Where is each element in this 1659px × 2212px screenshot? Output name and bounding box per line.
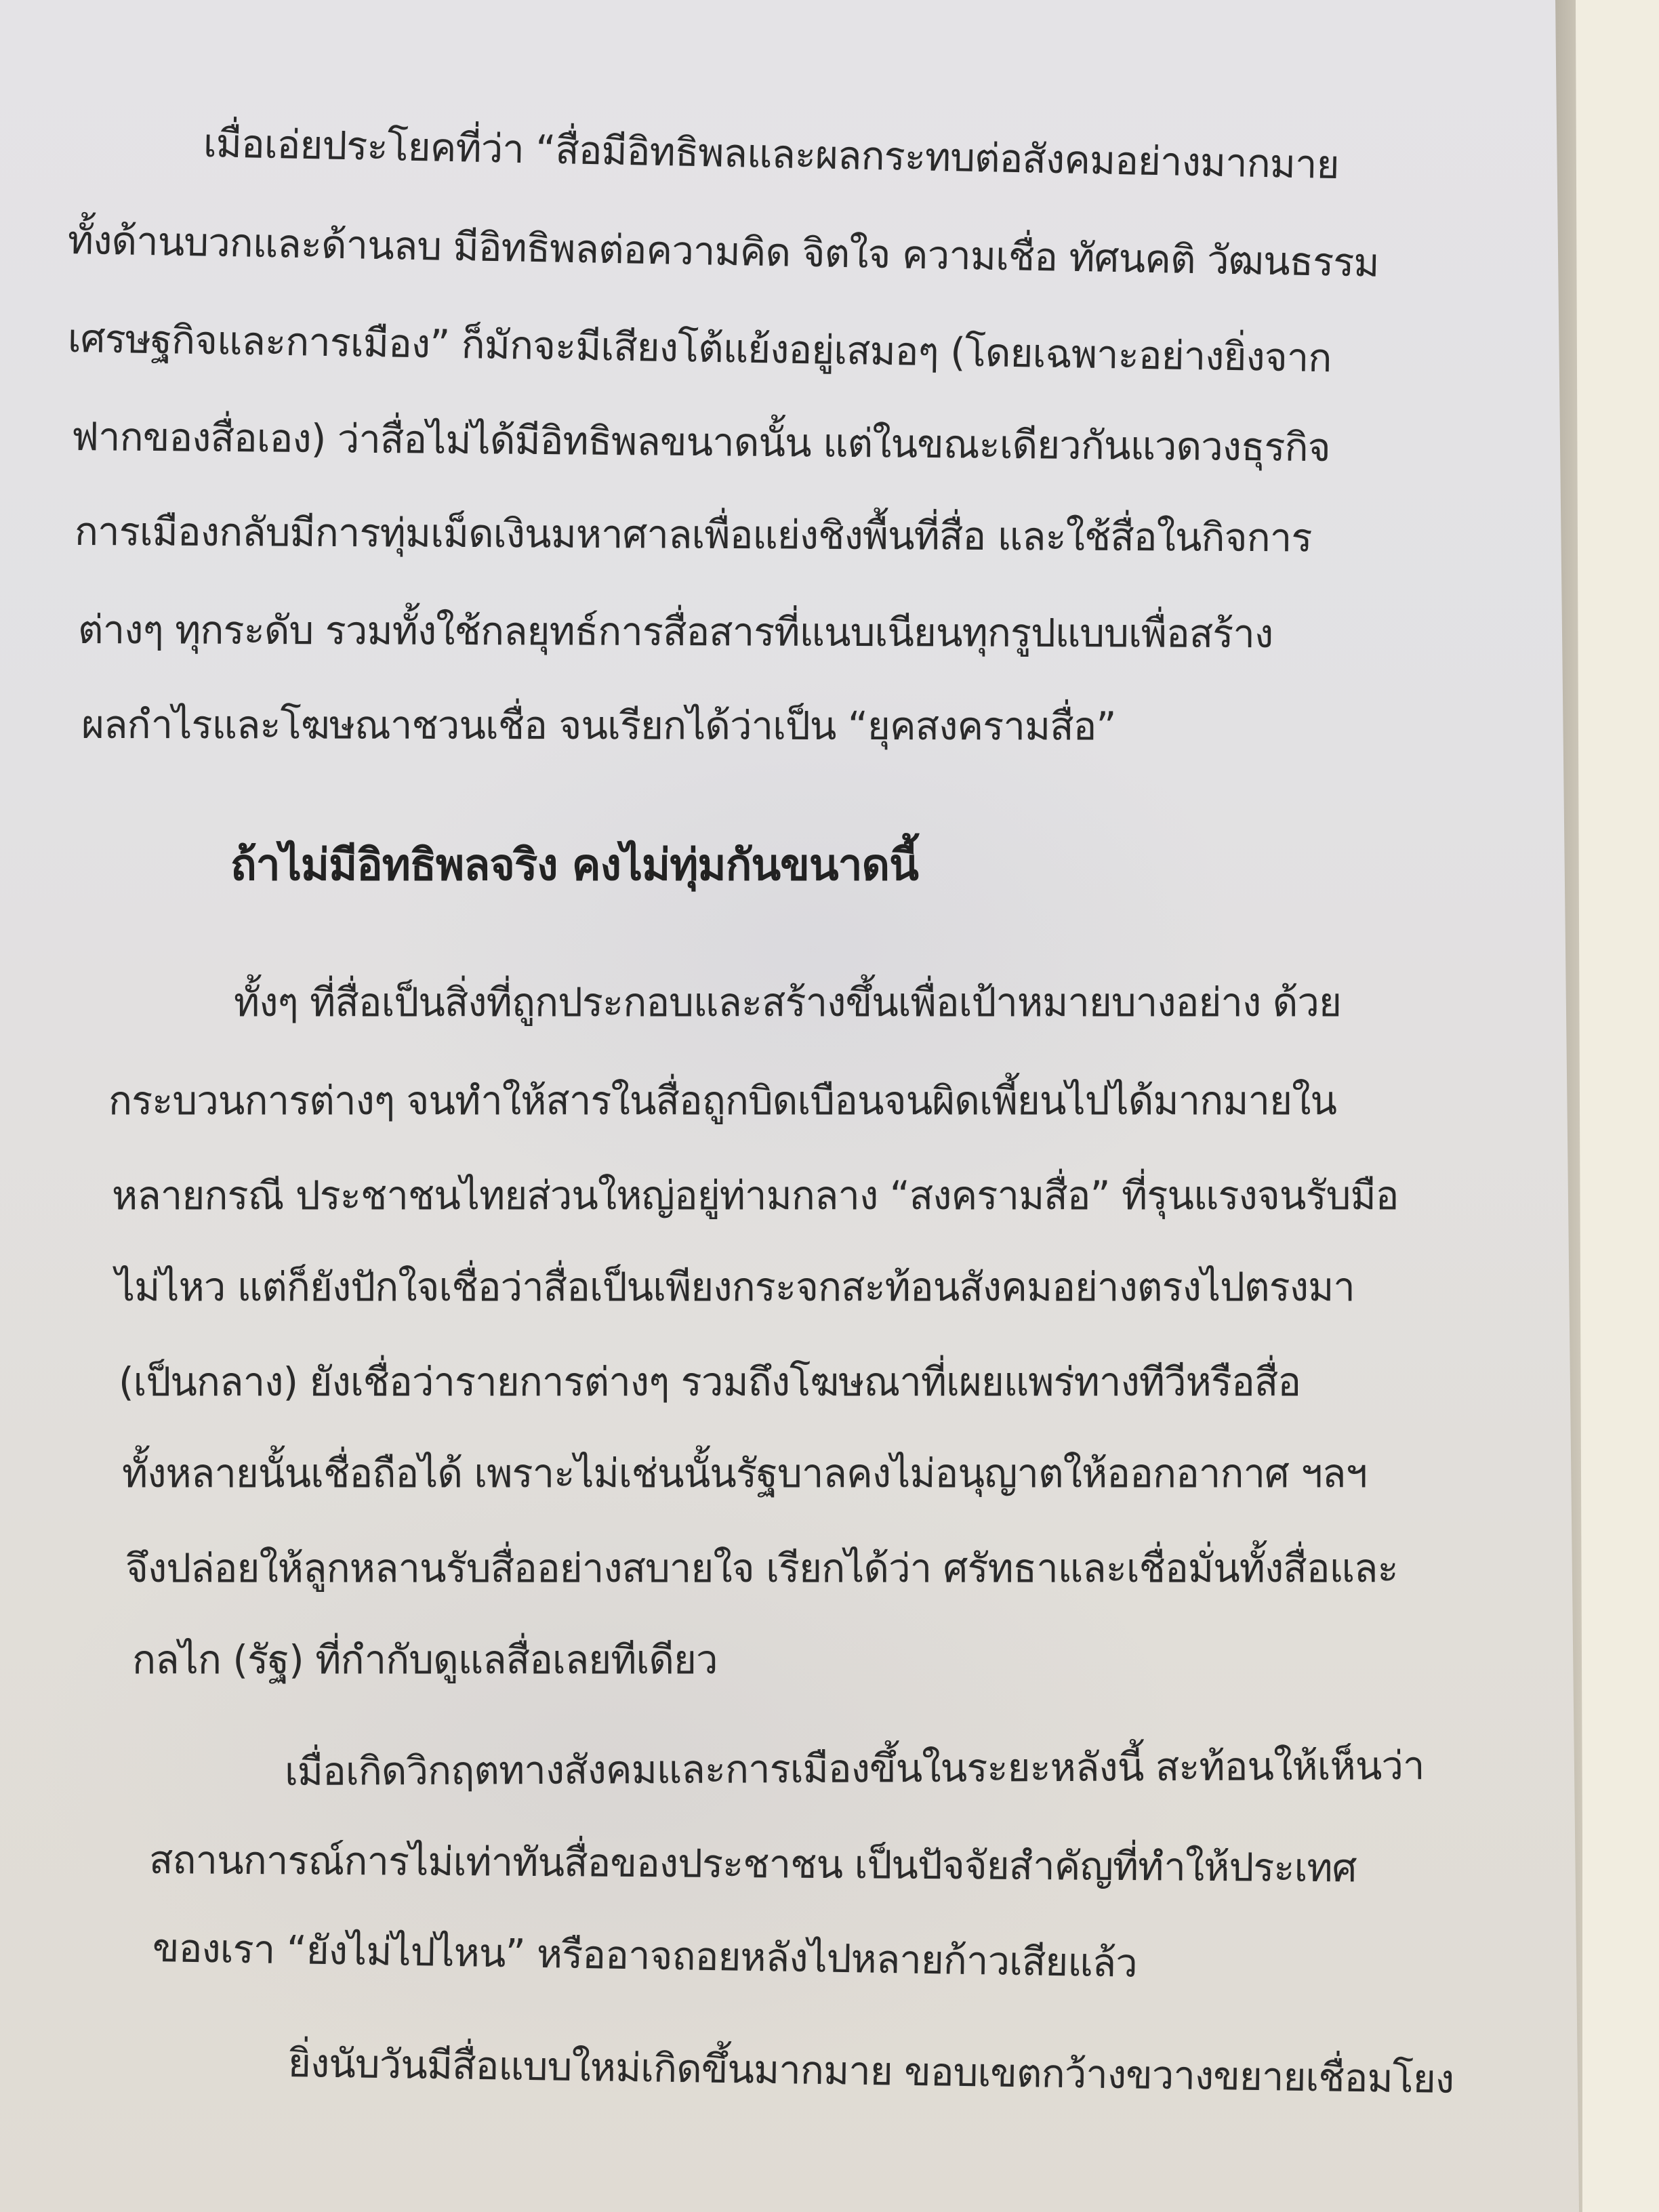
paragraph-1-line-1: เมื่อเอ่ยประโยคที่ว่า “สื่อมีอิทธิพลและผ… xyxy=(203,123,1339,184)
paragraph-4-line-1: ยิ่งนับวันมีสื่อแบบใหม่เกิดขึ้นมากมาย ขอ… xyxy=(288,2043,1454,2099)
paragraph-3-line-3: ของเรา “ยังไม่ไปไหน” หรืออาจถอยหลังไปหลา… xyxy=(152,1928,1138,1983)
paragraph-2-line-7: จึงปล่อยให้ลูกหลานรับสื่ออย่างสบายใจ เรี… xyxy=(125,1549,1398,1588)
paragraph-2-line-6: ทั้งหลายนั้นเชื่อถือได้ เพราะไม่เช่นนั้น… xyxy=(122,1454,1367,1493)
paragraph-2-line-2: กระบวนการต่างๆ จนทำให้สารในสื่อถูกบิดเบื… xyxy=(108,1081,1336,1120)
paragraph-2-line-1: ทั้งๆ ที่สื่อเป็นสิ่งที่ถูกประกอบและสร้า… xyxy=(234,983,1341,1022)
paragraph-3-line-1: เมื่อเกิดวิกฤตทางสังคมและการเมืองขึ้นในร… xyxy=(285,1746,1425,1791)
paragraph-2-line-3: หลายกรณี ประชาชนไทยส่วนใหญ่อยู่ท่ามกลาง … xyxy=(112,1176,1399,1215)
paragraph-2-line-5: (เป็นกลาง) ยังเชื่อว่ารายการต่างๆ รวมถึง… xyxy=(119,1362,1300,1401)
section-heading: ถ้าไม่มีอิทธิพลจริง คงไม่ทุ่มกันขนาดนี้ xyxy=(230,844,918,887)
paragraph-1-line-7: ผลกำไรและโฆษณาชวนเชื่อ จนเรียกได้ว่าเป็น… xyxy=(81,705,1116,746)
paragraph-1-line-3: เศรษฐกิจและการเมือง” ก็มักจะมีเสียงโต้แย… xyxy=(68,319,1332,377)
paragraph-1-line-2: ทั้งด้านบวกและด้านลบ มีอิทธิพลต่อความคิด… xyxy=(67,220,1379,283)
book-page: เมื่อเอ่ยประโยคที่ว่า “สื่อมีอิทธิพลและผ… xyxy=(0,0,1579,2212)
paragraph-2-line-4: ไม่ไหว แต่ก็ยังปักใจเชื่อว่าสื่อเป็นเพีย… xyxy=(115,1267,1355,1307)
paragraph-1-line-5: การเมืองกลับมีการทุ่มเม็ดเงินมหาศาลเพื่อ… xyxy=(75,512,1312,558)
paragraph-1-line-4: ฟากของสื่อเอง) ว่าสื่อไม่ได้มีอิทธิพลขนา… xyxy=(71,417,1330,467)
paragraph-1-line-6: ต่างๆ ทุกระดับ รวมทั้งใช้กลยุทธ์การสื่อส… xyxy=(78,610,1273,653)
paragraph-3-line-2: สถานการณ์การไม่เท่าทันสื่อของประชาชน เป็… xyxy=(149,1840,1357,1887)
paragraph-2-line-8: กลไก (รัฐ) ที่กำกับดูแลสื่อเลยทีเดียว xyxy=(132,1640,718,1679)
